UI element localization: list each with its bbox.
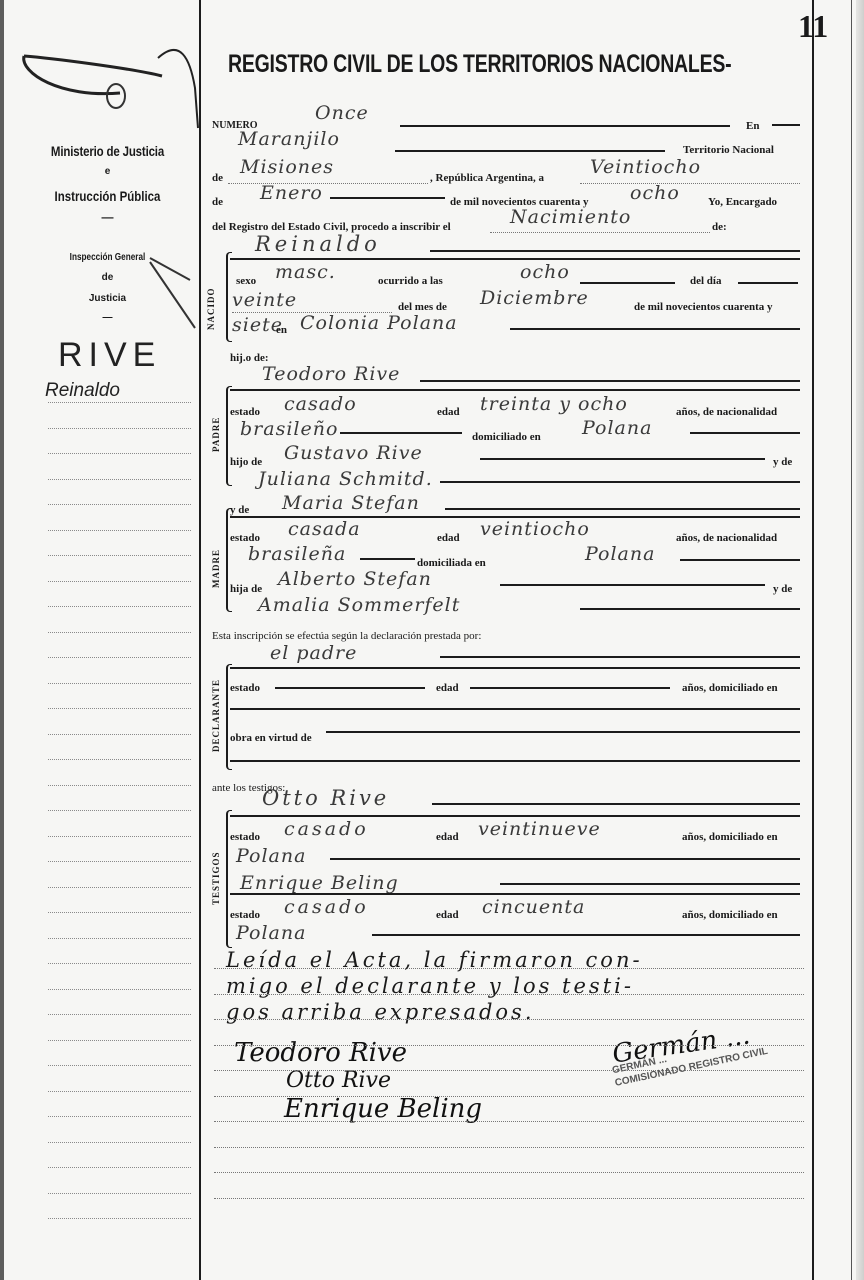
witness-1-name-value: Otto Rive [262,786,389,810]
madre-anos-label: años, de nacionalidad [676,532,777,544]
republica-label: , República Argentina, a [430,172,544,184]
madre-edad-label: edad [437,532,460,544]
nacido-year-label: de mil novecientos cuarenta y [634,301,773,313]
rule [432,803,800,805]
rule [230,258,800,260]
de-label-2: de [212,196,223,208]
madre-father-value: Alberto Stefan [278,568,432,590]
madre-y-de-label: y de [230,504,249,516]
stub-rule [48,1065,191,1066]
form-rule [214,994,804,995]
ministry-conjunction: e [20,166,195,177]
page-outer-border [851,0,852,1280]
witness-1-edad-value: veintinueve [478,818,601,840]
civil-registry-page: Ministerio de Justicia e Instrucción Púb… [0,0,864,1280]
rule [738,282,798,284]
rule [330,197,445,199]
stub-rule [48,734,191,735]
stub-rule [48,1218,191,1219]
form-rule [214,1096,804,1097]
hour-value: ocho [520,261,570,283]
stub-rule [48,1014,191,1015]
place-value: Maranjilo [238,128,340,150]
padre-anos-label: años, de nacionalidad [676,406,777,418]
numero-value: Once [315,102,369,124]
rule [690,432,800,434]
witness-2-anos-label: años, domiciliado en [682,909,778,921]
padre-father-value: Gustavo Rive [284,442,423,464]
rule [372,934,800,936]
ocurrido-label: ocurrido a las [378,275,443,287]
rule [230,760,800,762]
witness-2-estado-label: estado [230,909,260,921]
stub-rule [48,632,191,633]
rule [580,282,675,284]
form-rule [214,1147,804,1148]
stub-divider-mark-2: — [20,312,195,323]
rule [445,508,800,510]
nacido-place-value: Colonia Polana [300,312,458,334]
rule [490,232,710,233]
nacido-month-value: Diciembre [480,287,589,309]
stub-rule [48,1142,191,1143]
padre-section-label: PADRE [211,417,221,452]
stub-rule [48,606,191,607]
rule [326,731,800,733]
page-left-edge [0,0,4,1280]
rule [580,183,800,184]
en-label: En [746,120,759,132]
witness-1-estado-label: estado [230,831,260,843]
rule [470,687,670,689]
day-value: Veintiocho [590,156,701,178]
month-value: Enero [260,182,323,204]
rule [500,584,765,586]
stub-rule [48,887,191,888]
padre-name-value: Teodoro Rive [262,363,400,385]
stub-rule [48,785,191,786]
form-rule [214,1121,804,1122]
witness-1-anos-label: años, domiciliado en [682,831,778,843]
declarante-section-label: DECLARANTE [211,679,221,752]
rule [480,458,765,460]
ministry-label-line2: Instrucción Pública [36,188,180,204]
stub-rule [48,504,191,505]
nacido-section-label: NACIDO [206,287,216,330]
stub-rule [48,1116,191,1117]
act-type-value: Nacimiento [510,206,631,228]
rule [440,656,800,658]
rule [275,687,425,689]
inspection-label-line3: Justicia [20,293,195,304]
rule [340,432,462,434]
stub-rule [48,402,191,403]
inspection-label-line2: de [20,272,195,283]
stub-rule [48,657,191,658]
madre-nacionalidad-value: brasileña [248,543,346,565]
witness-1-estado-value: casado [284,818,369,840]
rule [580,608,800,610]
form-rule [214,1172,804,1173]
padre-edad-label: edad [437,406,460,418]
rule [360,558,415,560]
stub-given-name: Reinaldo [45,380,120,402]
padre-domicilio-label: domiciliado en [472,431,541,443]
rule [230,667,800,669]
territorio-label: Territorio Nacional [683,144,774,156]
witness-1-edad-label: edad [436,831,459,843]
rule [510,328,800,330]
declarante-bracket [226,664,232,770]
territory-value: Misiones [240,156,334,178]
form-rule [214,1045,804,1046]
rule [400,125,730,127]
year-value: ocho [630,182,680,204]
nacido-name-value: Reinaldo [255,232,381,256]
form-right-border [812,0,814,1280]
madre-edad-value: veintiocho [480,518,590,540]
document-title: REGISTRO CIVIL DE LOS TERRITORIOS NACION… [228,50,731,79]
padre-nacionalidad-value: brasileño [240,418,338,440]
rule [228,183,428,184]
rule [500,883,800,885]
testigos-section-label: TESTIGOS [211,851,221,905]
stub-rule [48,759,191,760]
sexo-label: sexo [236,275,256,287]
form-rule [214,1198,804,1199]
closing-line-3: gos arriba expresados. [226,1000,535,1024]
encargado-label: Yo, Encargado [708,196,777,208]
witness-2-edad-value: cincuenta [482,896,585,918]
rule [230,389,800,391]
rule [230,708,800,710]
form-rule [214,1070,804,1071]
stub-surname: RIVE [58,336,161,375]
madre-domicilio-value: Polana [585,543,655,565]
stub-rule [48,708,191,709]
stub-rule [48,861,191,862]
stub-rule [48,1167,191,1168]
padre-bracket [226,386,232,486]
witness-2-domicilio-value: Polana [236,922,306,944]
rule [230,815,800,817]
stub-rule [48,453,191,454]
stub-rule [48,912,191,913]
padre-estado-value: casado [284,393,357,415]
stub-rule [48,479,191,480]
de-colon-label: de: [712,221,727,233]
witness-1-domicilio-value: Polana [236,845,306,867]
rule [330,858,800,860]
stub-rule [48,989,191,990]
sexo-value: masc. [275,261,336,283]
rule [680,559,800,561]
madre-estado-value: casada [288,518,361,540]
padre-estado-label: estado [230,406,260,418]
witness-2-name-value: Enrique Beling [240,872,399,894]
stub-rule [48,1091,191,1092]
madre-mother-value: Amalia Sommerfelt [258,594,460,616]
signature-declarant: Teodoro Rive [234,1038,407,1068]
signature-witness-1: Otto Rive [286,1068,391,1093]
padre-edad-value: treinta y ocho [480,393,628,415]
witness-2-edad-label: edad [436,909,459,921]
padre-y-de-label: y de [773,456,792,468]
form-rule [214,968,804,969]
stub-rule [48,810,191,811]
stub-rule [48,530,191,531]
declarante-name-value: el padre [270,642,357,664]
signature-witness-2: Enrique Beling [284,1094,482,1124]
stub-rule [48,428,191,429]
rule [420,380,800,382]
stub-rule [48,938,191,939]
nacido-en-label: en [276,324,287,336]
rule [772,124,800,126]
nacido-day-value: veinte [232,289,297,311]
inspection-label-line1: Inspección General [36,252,180,263]
stub-divider-mark: — [20,210,195,224]
rule [230,893,800,895]
stub-rule [48,1040,191,1041]
stub-rule [48,683,191,684]
page-right-edge [856,0,864,1280]
madre-bracket [226,508,232,612]
witness-2-estado-value: casado [284,896,369,918]
rule [430,250,800,252]
rule [440,481,800,483]
del-dia-label: del día [690,275,721,287]
stub-rule [48,963,191,964]
stub-rule [48,1193,191,1194]
madre-name-value: Maria Stefan [282,492,420,514]
declarante-obra-label: obra en virtud de [230,732,312,744]
declarante-estado-label: estado [230,682,260,694]
folio-number: 11 [798,8,828,45]
padre-mother-value: Juliana Schmitd. [258,468,433,490]
madre-y-de-label-2: y de [773,583,792,595]
declarante-edad-label: edad [436,682,459,694]
madre-section-label: MADRE [211,549,221,588]
form-rule [214,1019,804,1020]
rule [395,150,665,152]
stub-rule [48,555,191,556]
ministry-label-line1: Ministerio de Justicia [36,143,180,159]
de-label: de [212,172,223,184]
stub-rule [48,836,191,837]
padre-domicilio-value: Polana [582,417,652,439]
stub-rule [48,581,191,582]
declarante-intro-label: Esta inscripción se efectúa según la dec… [212,630,481,642]
declarante-anos-label: años, domiciliado en [682,682,778,694]
padre-hijo-de-label: hijo de [230,456,262,468]
